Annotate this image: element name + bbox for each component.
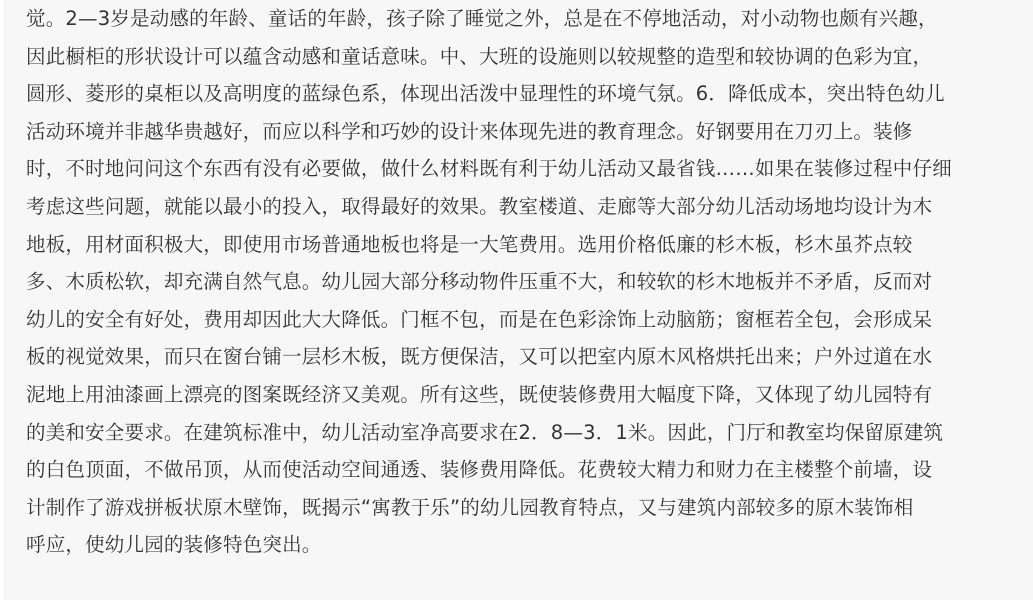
text-line: 泥地上用油漆画上漂亮的图案既经济又美观。所有这些，既使装修费用大幅度下降，又体现… [26,376,1026,414]
article-body: 觉。2—3岁是动感的年龄、童话的年龄，孩子除了睡觉之外，总是在不停地活动，对小动… [26,0,1026,564]
text-line: 考虑这些问题，就能以最小的投入，取得最好的效果。教室楼道、走廊等大部分幼儿活动场… [26,188,1026,226]
text-line: 计制作了游戏拼板状原木壁饰，既揭示“寓教于乐”的幼儿园教育特点，又与建筑内部较多… [26,489,1026,527]
text-line: 因此橱柜的形状设计可以蕴含动感和童话意味。中、大班的设施则以较规整的造型和较协调… [26,38,1026,76]
text-line: 圆形、菱形的桌柜以及高明度的蓝绿色系，体现出活泼中显理性的环境气氛。6．降低成本… [26,75,1026,113]
text-line: 板的视觉效果，而只在窗台铺一层杉木板，既方便保洁，又可以把室内原木风格烘托出来；… [26,338,1026,376]
text-line: 呼应，使幼儿园的装修特色突出。 [26,526,1026,564]
text-line: 觉。2—3岁是动感的年龄、童话的年龄，孩子除了睡觉之外，总是在不停地活动，对小动… [26,0,1026,38]
page-background: 觉。2—3岁是动感的年龄、童话的年龄，孩子除了睡觉之外，总是在不停地活动，对小动… [3,0,1033,600]
text-line: 的美和安全要求。在建筑标准中，幼儿活动室净高要求在2．8—3．1米。因此，门厅和… [26,414,1026,452]
text-line: 活动环境并非越华贵越好，而应以科学和巧妙的设计来体现先进的教育理念。好钢要用在刀… [26,113,1026,151]
text-line: 幼儿的安全有好处，费用却因此大大降低。门框不包，而是在色彩涂饰上动脑筋；窗框若全… [26,301,1026,339]
text-line: 时，不时地问问这个东西有没有必要做，做什么材料既有利于幼儿活动又最省钱……如果在… [26,150,1026,188]
text-line: 的白色顶面，不做吊顶，从而使活动空间通透、装修费用降低。花费较大精力和财力在主楼… [26,451,1026,489]
text-line: 多、木质松软，却充满自然气息。幼儿园大部分移动物件压重不大，和较软的杉木地板并不… [26,263,1026,301]
text-line: 地板，用材面积极大，即使用市场普通地板也将是一大笔费用。选用价格低廉的杉木板，杉… [26,226,1026,264]
